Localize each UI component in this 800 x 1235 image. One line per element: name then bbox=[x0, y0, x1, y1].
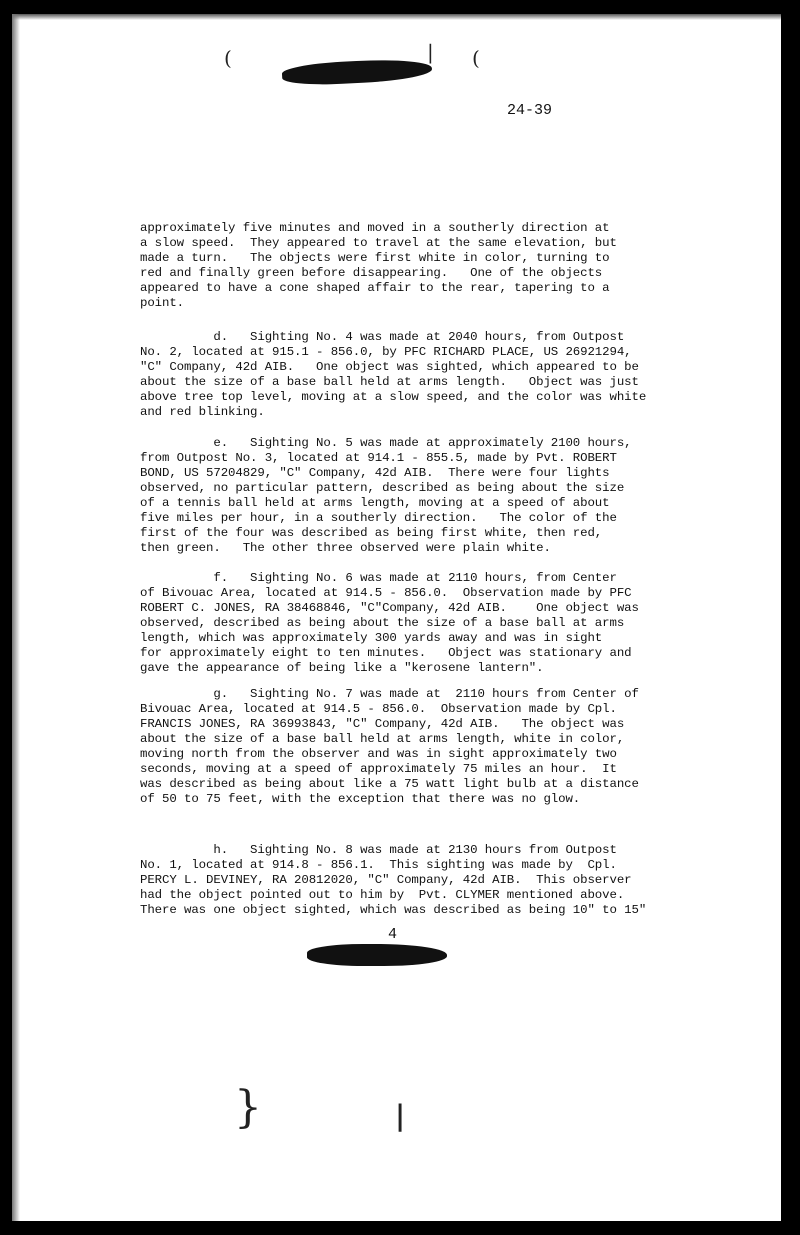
paragraph-text: e. Sighting No. 5 was made at approximat… bbox=[140, 436, 680, 556]
redaction-mark-bottom bbox=[307, 944, 447, 966]
paragraph-text: h. Sighting No. 8 was made at 2130 hours… bbox=[140, 843, 680, 918]
handwritten-mark: | bbox=[395, 1099, 405, 1132]
redaction-mark-top bbox=[282, 57, 433, 87]
handwritten-mark: ( bbox=[472, 46, 480, 70]
handwritten-mark: ( bbox=[224, 46, 232, 70]
paragraph-text: approximately five minutes and moved in … bbox=[140, 221, 680, 311]
paragraph-text: g. Sighting No. 7 was made at 2110 hours… bbox=[140, 687, 680, 807]
handwritten-mark: | bbox=[427, 40, 434, 64]
paragraph-g: g. Sighting No. 7 was made at 2110 hours… bbox=[140, 657, 680, 837]
document-page: ( | ( 24-39 approximately five minutes a… bbox=[12, 14, 781, 1221]
handwritten-mark: } bbox=[234, 1082, 262, 1133]
page-number: 4 bbox=[388, 926, 397, 943]
paragraph-h: h. Sighting No. 8 was made at 2130 hours… bbox=[140, 813, 680, 948]
page-reference: 24-39 bbox=[507, 102, 552, 119]
